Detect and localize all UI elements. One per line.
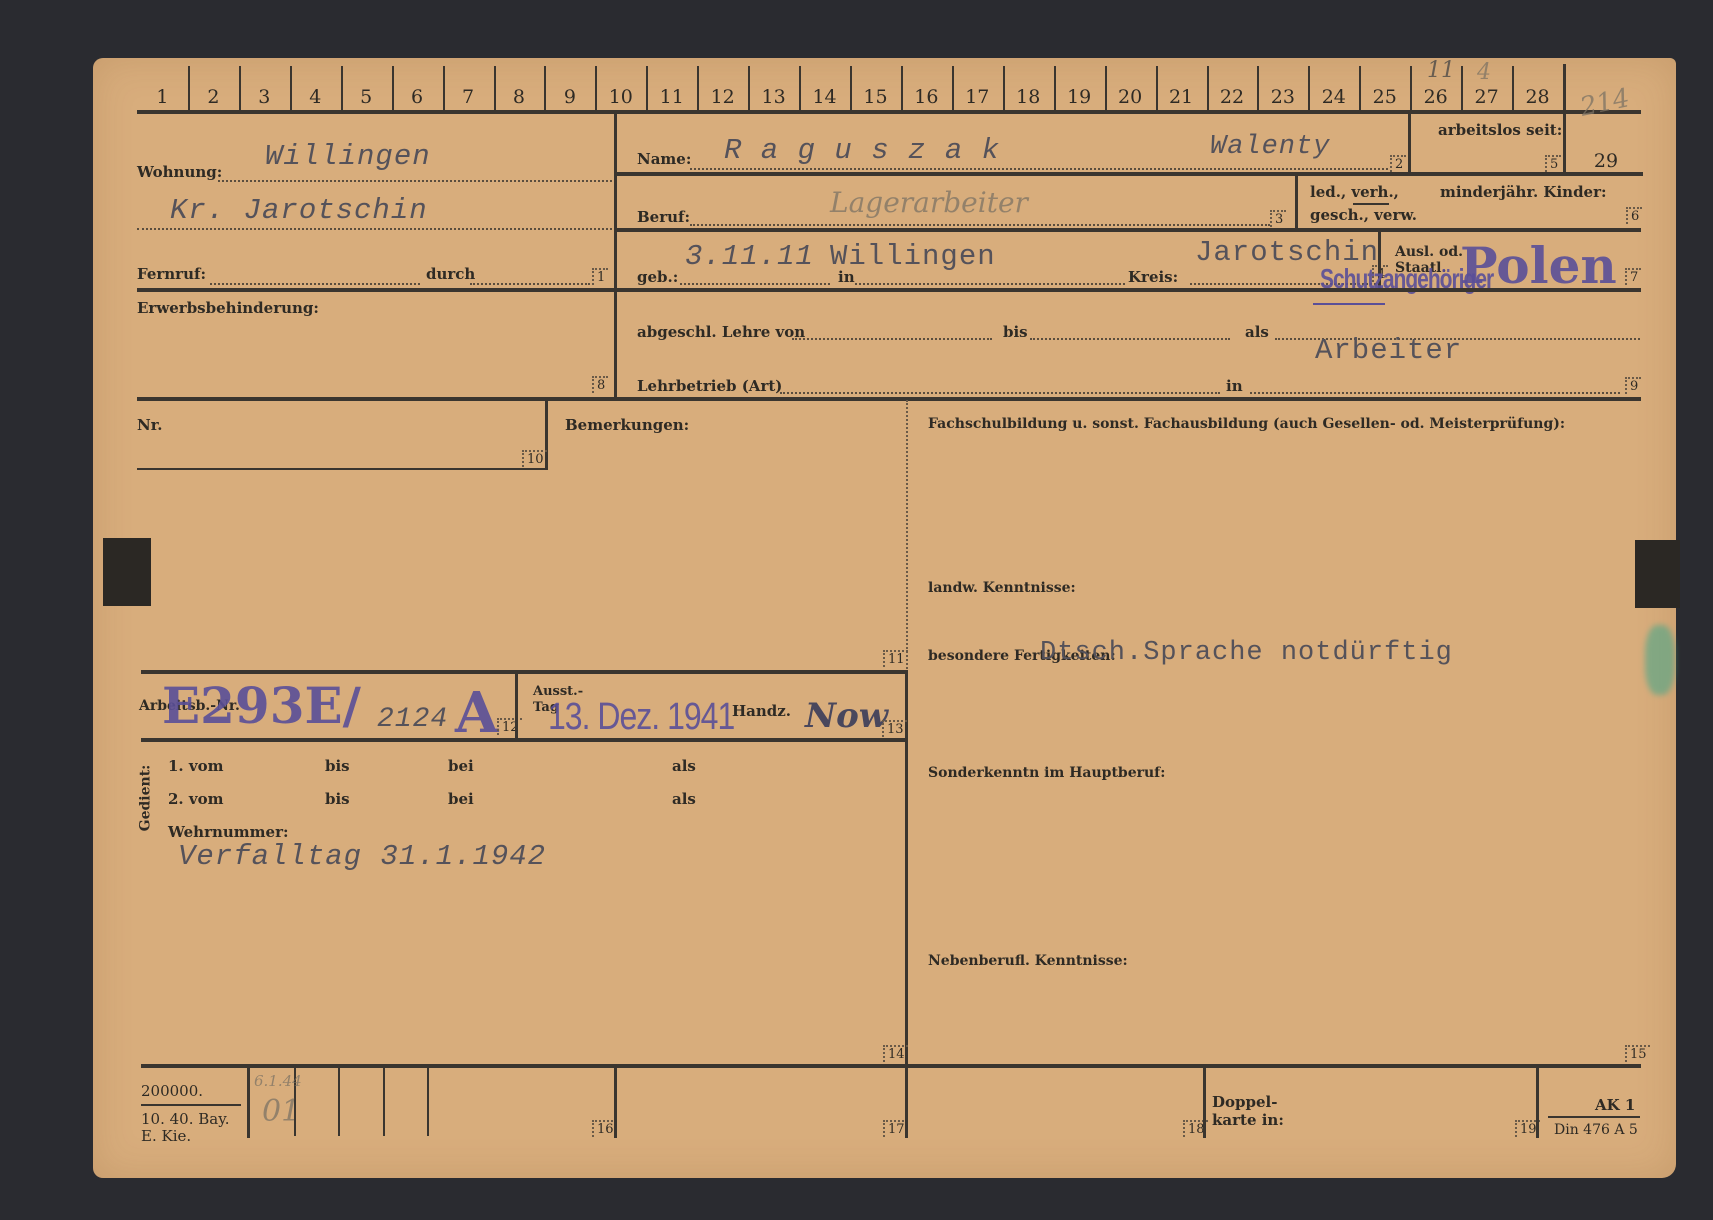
column-29-label: 29 (1586, 150, 1626, 172)
header-column-26[interactable]: 26 (1416, 86, 1456, 108)
gedient-als-label: als (672, 757, 696, 775)
header-column-divider (341, 66, 343, 111)
header-column-divider (544, 66, 546, 111)
familienstand-line1: led., verh., (1310, 183, 1399, 201)
header-column-divider (239, 66, 241, 111)
staatl-label-1: Ausl. od. (1395, 244, 1463, 260)
gedient-vom-label: 1. vom (168, 757, 223, 775)
header-column-2[interactable]: 2 (193, 86, 233, 108)
gedient-label: Gedient: (137, 765, 153, 832)
handz-label: Handz. (732, 702, 791, 720)
header-column-8[interactable]: 8 (499, 86, 539, 108)
header-rule (137, 110, 1641, 114)
gedient-als-label: als (672, 790, 696, 808)
header-column-3[interactable]: 3 (244, 86, 284, 108)
field-box-10: 10 (522, 450, 547, 467)
header-column-27[interactable]: 27 (1467, 86, 1507, 108)
header-column-divider (1410, 66, 1412, 111)
header-column-20[interactable]: 20 (1110, 86, 1150, 108)
durch-label: durch (426, 265, 475, 283)
header-column-divider (494, 66, 496, 111)
landw-kenntnisse-label: landw. Kenntnisse: (928, 580, 1076, 596)
lehre-label: abgeschl. Lehre von (637, 323, 805, 341)
bemerkungen-label: Bemerkungen: (565, 416, 689, 434)
gedient-vom-label: 2. vom (168, 790, 223, 808)
field-box-16: 16 (592, 1120, 617, 1137)
birth-date[interactable]: 3.11.11 (685, 240, 814, 273)
header-column-divider (1359, 66, 1361, 111)
kinder-label: minderjähr. Kinder: (1440, 183, 1607, 201)
header-column-10[interactable]: 10 (601, 86, 641, 108)
arbeitsbuch-letter: A (455, 680, 498, 746)
right-punch-tab (1635, 540, 1680, 608)
field-box-14: 14 (883, 1045, 908, 1062)
doppelkarte-label-2: karte in: (1212, 1111, 1284, 1129)
header-column-25[interactable]: 25 (1365, 86, 1405, 108)
header-column-divider (1308, 66, 1310, 111)
header-column-9[interactable]: 9 (550, 86, 590, 108)
header-column-divider (1512, 66, 1514, 111)
wehrnummer-value[interactable]: Verfalltag 31.1.1942 (178, 840, 546, 873)
beruf-value[interactable]: Lagerarbeiter (830, 186, 1028, 219)
header-column-7[interactable]: 7 (448, 86, 488, 108)
familienstand-line2: gesch., verw. (1310, 206, 1417, 224)
name-label: Name: (637, 150, 691, 168)
birth-place[interactable]: Willingen (830, 240, 996, 273)
nebenberufl-label: Nebenberufl. Kenntnisse: (928, 953, 1128, 969)
header-column-12[interactable]: 12 (703, 86, 743, 108)
wohnung-line2[interactable]: Kr. Jarotschin (170, 194, 428, 227)
gedient-bis-label: bis (325, 790, 350, 808)
header-column-divider (697, 66, 699, 111)
header-column-11[interactable]: 11 (652, 86, 692, 108)
arbeitslos-label: arbeitslos seit: (1438, 121, 1562, 139)
lehrbetrieb-label: Lehrbetrieb (Art) (637, 377, 782, 395)
gedient-bei-label: bei (448, 757, 474, 775)
header-column-16[interactable]: 16 (906, 86, 946, 108)
print-line2: 10. 40. Bay. (141, 1110, 229, 1128)
footer-pencil-mark: 01 (262, 1094, 300, 1129)
header-column-22[interactable]: 22 (1212, 86, 1252, 108)
header-column-divider (748, 66, 750, 111)
sonderkenntnisse-label: Sonderkenntn im Hauptberuf: (928, 765, 1165, 781)
header-column-14[interactable]: 14 (805, 86, 845, 108)
erwerbsbehinderung-label: Erwerbsbehinderung: (137, 299, 319, 317)
handz-signature: Now (805, 696, 888, 736)
header-column-divider (952, 66, 954, 111)
nr-label: Nr. (137, 416, 162, 434)
field-box-8: 8 (592, 376, 608, 393)
lehrbetrieb-in-label: in (1226, 377, 1243, 395)
firstname-value[interactable]: Walenty (1210, 132, 1330, 162)
field-box-7: 7 (1625, 268, 1641, 285)
header-column-divider (1257, 66, 1259, 111)
arbeitsbuch-stamp: E293E/ (162, 676, 361, 735)
header-column-divider (188, 66, 190, 111)
header-column-divider (646, 66, 648, 111)
header-column-divider (901, 66, 903, 111)
din-code: Din 476 A 5 (1554, 1122, 1638, 1138)
field-box-13: 13 (882, 720, 907, 737)
header-column-divider (850, 66, 852, 111)
header-column-divider (1461, 66, 1463, 111)
wohnung-label: Wohnung: (137, 163, 222, 181)
header-column-4[interactable]: 4 (295, 86, 335, 108)
header-mark-26: 11 (1427, 58, 1455, 83)
print-line3: E. Kie. (141, 1127, 191, 1145)
header-column-23[interactable]: 23 (1263, 86, 1303, 108)
header-column-divider (799, 66, 801, 111)
field-box-5: 5 (1545, 155, 1561, 172)
field-box-11: 11 (883, 650, 908, 667)
geb-label: geb.: (637, 268, 678, 286)
header-column-divider (290, 66, 292, 111)
field-box-9: 9 (1625, 377, 1641, 394)
header-column-divider (1207, 66, 1209, 111)
header-column-17[interactable]: 17 (957, 86, 997, 108)
field-box-1: 1 (592, 268, 608, 285)
print-line1: 200000. (141, 1082, 203, 1100)
header-column-28[interactable]: 28 (1518, 86, 1558, 108)
header-column-6[interactable]: 6 (397, 86, 437, 108)
verw-underline (1353, 203, 1389, 205)
lehre-als-value[interactable]: Arbeiter (1315, 334, 1462, 367)
header-column-divider (392, 66, 394, 111)
field-box-17: 17 (883, 1120, 908, 1137)
surname-value[interactable]: R a g u s z a k (724, 134, 1000, 167)
fachschulbildung-label: Fachschulbildung u. sonst. Fachausbildun… (928, 416, 1565, 432)
header-column-19[interactable]: 19 (1059, 86, 1099, 108)
gedient-bei-label: bei (448, 790, 474, 808)
fernruf-label: Fernruf: (137, 265, 206, 283)
header-column-divider (1156, 66, 1158, 111)
green-ink-spot (1645, 625, 1675, 695)
form-code: AK 1 (1595, 1096, 1635, 1114)
arbeitsbuch-number[interactable]: 2124 (377, 704, 448, 735)
footer-pencil-date: 6.1.44 (254, 1072, 302, 1090)
header-column-24[interactable]: 24 (1314, 86, 1354, 108)
gedient-bis-label: bis (325, 757, 350, 775)
stamp-polen: Polen (1460, 236, 1617, 295)
field-box-15: 15 (1625, 1045, 1650, 1062)
header-mark-27: 4 (1477, 60, 1491, 85)
header-column-divider (1003, 66, 1005, 111)
header-column-5[interactable]: 5 (346, 86, 386, 108)
beruf-label: Beruf: (637, 208, 690, 226)
field-box-6: 6 (1626, 207, 1642, 224)
header-column-divider (595, 66, 597, 111)
kreis-label: Kreis: (1128, 268, 1178, 286)
lehre-als-label: als (1245, 323, 1269, 341)
header-column-divider (1054, 66, 1056, 111)
ausstellung-date-stamp: 13. Dez. 1941 (548, 694, 734, 738)
besondere-fertigkeiten-value[interactable]: Dtsch.Sprache notdürftig (1040, 638, 1453, 668)
header-column-15[interactable]: 15 (855, 86, 895, 108)
lehre-bis-label: bis (1003, 323, 1028, 341)
left-punch-tab (103, 538, 151, 606)
header-column-divider (443, 66, 445, 111)
header-column-divider (1105, 66, 1107, 111)
header-column-1[interactable]: 1 (142, 86, 182, 108)
wohnung-line1[interactable]: Willingen (265, 140, 431, 173)
field-box-3: 3 (1270, 210, 1286, 227)
header-column-21[interactable]: 21 (1161, 86, 1201, 108)
doppelkarte-label-1: Doppel- (1212, 1093, 1277, 1111)
header-column-18[interactable]: 18 (1008, 86, 1048, 108)
header-column-13[interactable]: 13 (754, 86, 794, 108)
field-box-2: 2 (1390, 155, 1406, 172)
wehrnummer-label: Wehrnummer: (168, 823, 289, 841)
